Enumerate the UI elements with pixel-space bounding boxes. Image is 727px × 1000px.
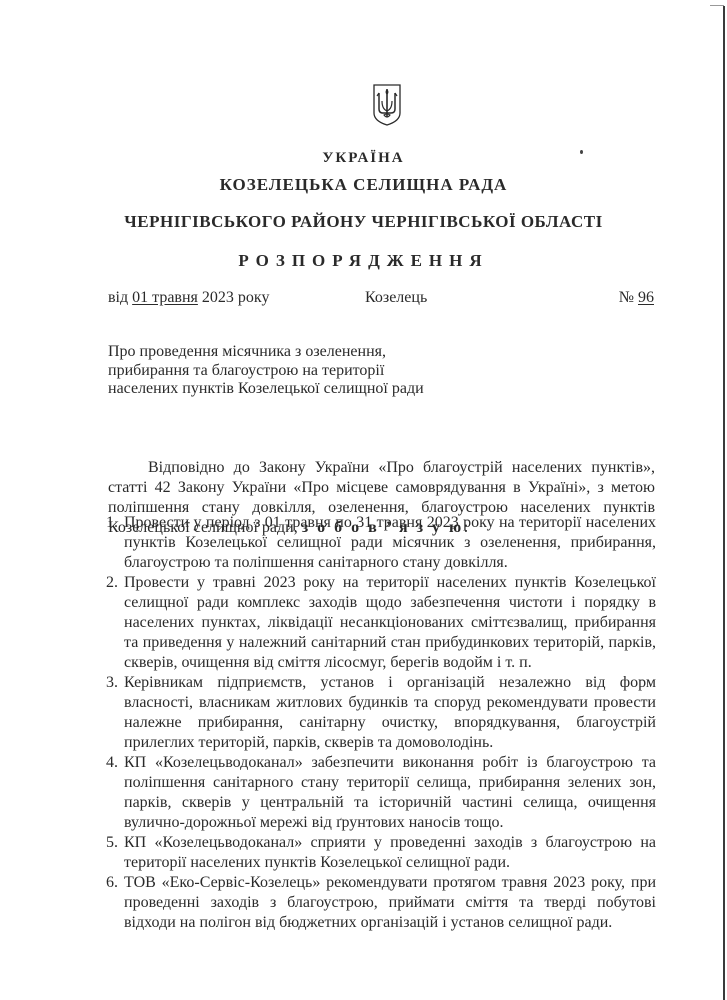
item-number: 4. xyxy=(106,753,118,773)
document-subject: Про проведення місячника з озеленення, п… xyxy=(108,343,424,399)
document-number: № 96 xyxy=(619,289,654,307)
item-number: 6. xyxy=(106,873,118,893)
item-number: 5. xyxy=(106,833,118,853)
item-number: 3. xyxy=(106,673,118,693)
document-type-heading: РОЗПОРЯДЖЕННЯ xyxy=(0,251,727,271)
order-items-list: 1.Провести у період з 01 травня по 31 тр… xyxy=(108,513,656,933)
order-item: 5.КП «Козелецьводоканал» сприяти у прове… xyxy=(108,833,656,873)
scan-edge-corner xyxy=(710,5,724,6)
order-item: 6.ТОВ «Еко-Сервіс-Козелець» рекомендуват… xyxy=(108,873,656,933)
order-item: 4.КП «Козелецьводоканал» забезпечити вик… xyxy=(108,753,656,833)
order-item: 1.Провести у період з 01 травня по 31 тр… xyxy=(108,513,656,573)
order-item: 2.Провести у травні 2023 року на територ… xyxy=(108,573,656,673)
item-text: Провести у травні 2023 року на території… xyxy=(124,574,656,671)
subject-line: прибирання та благоустрою на території xyxy=(108,362,424,381)
date-day-month: 01 травня xyxy=(132,289,198,306)
item-text: Керівникам підприємств, установ і органі… xyxy=(124,674,656,751)
date-year: 2023 року xyxy=(202,289,270,306)
item-text: КП «Козелецьводоканал» забезпечити викон… xyxy=(124,754,656,831)
date-prefix: від xyxy=(108,289,128,306)
subject-line: Про проведення місячника з озеленення, xyxy=(108,343,424,362)
number-value: 96 xyxy=(638,289,654,306)
region-heading: ЧЕРНІГІВСЬКОГО РАЙОНУ ЧЕРНІГІВСЬКОЇ ОБЛА… xyxy=(0,212,727,232)
council-heading: КОЗЕЛЕЦЬКА СЕЛИЩНА РАДА xyxy=(0,175,727,195)
item-text: КП «Козелецьводоканал» сприяти у проведе… xyxy=(124,834,656,871)
item-number: 1. xyxy=(106,513,118,533)
document-place: Козелець xyxy=(365,289,427,307)
document-meta-row: від 01 травня 2023 року Козелець № 96 xyxy=(108,289,656,311)
item-text: ТОВ «Еко-Сервіс-Козелець» рекомендувати … xyxy=(124,874,656,931)
country-heading: УКРАЇНА xyxy=(0,150,727,167)
number-sign: № xyxy=(619,289,634,306)
order-item: 3.Керівникам підприємств, установ і орга… xyxy=(108,673,656,753)
item-number: 2. xyxy=(106,573,118,593)
document-date: від 01 травня 2023 року xyxy=(108,289,269,307)
item-text: Провести у період з 01 травня по 31 трав… xyxy=(124,514,656,571)
subject-line: населених пунктів Козелецької селищної р… xyxy=(108,380,424,399)
trident-coat-of-arms-icon xyxy=(372,83,402,127)
